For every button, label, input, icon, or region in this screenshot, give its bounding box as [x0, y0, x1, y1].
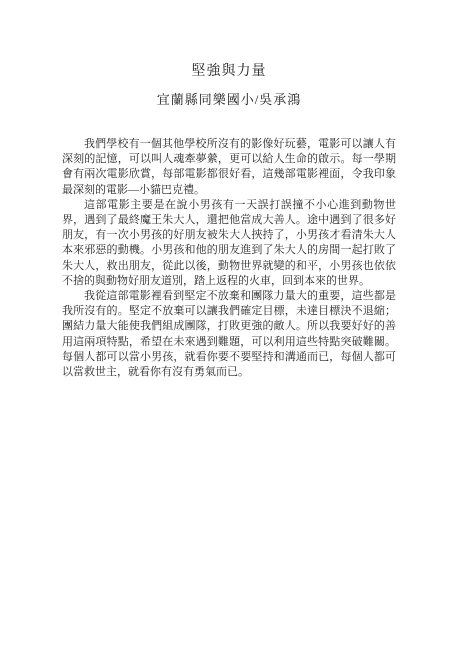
- paragraph: 我們學校有一個其他學校所沒有的影像好玩藝，電影可以讓人有深刻的記憶，可以叫人魂牽…: [62, 137, 396, 198]
- document-page: 堅強與力量 宜蘭縣同樂國小/吳承鴻 我們學校有一個其他學校所沒有的影像好玩藝，電…: [0, 0, 458, 648]
- page-title: 堅強與力量: [0, 64, 458, 80]
- paragraph: 我從這部電影裡看到堅定不放棄和團隊力量大的重要，這些都是我所沒有的。堅定不放棄可…: [62, 289, 396, 380]
- author-byline: 宜蘭縣同樂國小/吳承鴻: [0, 92, 458, 107]
- paragraph: 這部電影主要是在說小男孩有一天誤打誤撞不小心進到動物世界，遇到了最終魔王朱大人，…: [62, 198, 396, 289]
- document-body: 我們學校有一個其他學校所沒有的影像好玩藝，電影可以讓人有深刻的記憶，可以叫人魂牽…: [62, 137, 396, 380]
